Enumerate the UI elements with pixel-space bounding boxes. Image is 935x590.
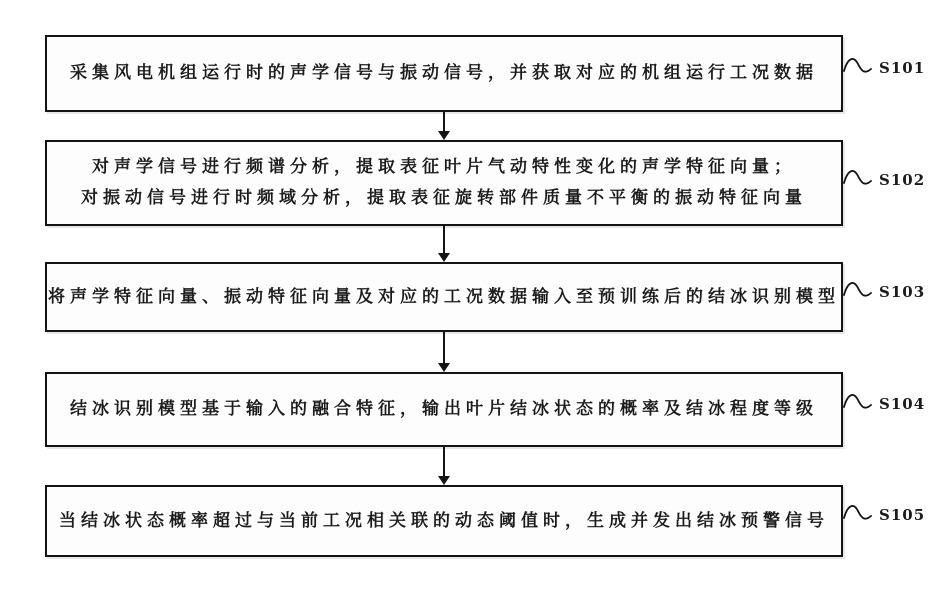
step-reference-label: S104 [879, 395, 925, 413]
arrow-head [438, 363, 450, 372]
wavy-leader-line-icon [843, 278, 875, 306]
wavy-leader-line-icon [843, 54, 875, 82]
arrow-shaft [443, 447, 445, 477]
arrow-head [438, 253, 450, 262]
arrow-shaft [443, 226, 445, 254]
flow-step-box-3: 将声学特征向量、振动特征向量及对应的工况数据输入至预训练后的结冰识别模型 [45, 262, 843, 332]
wavy-leader-line-icon [843, 501, 875, 529]
arrow-shaft [443, 112, 445, 132]
flow-step-text: 对振动信号进行时频域分析，提取表征旋转部件质量不平衡的振动特征向量 [81, 183, 807, 214]
flow-step-box-2: 对声学信号进行频谱分析，提取表征叶片气动特性变化的声学特征向量； 对振动信号进行… [45, 140, 843, 226]
step-reference-label: S101 [879, 59, 925, 77]
step-reference-label: S105 [879, 506, 925, 524]
flow-step-text: 结冰识别模型基于输入的融合特征，输出叶片结冰状态的概率及结冰程度等级 [70, 394, 818, 425]
step-reference-2: S102 [843, 165, 925, 195]
arrow-head [438, 476, 450, 485]
arrow-head [438, 131, 450, 140]
down-arrow-icon [437, 332, 451, 372]
step-reference-label: S103 [879, 283, 925, 301]
flow-step-box-5: 当结冰状态概率超过与当前工况相关联的动态阈值时，生成并发出结冰预警信号 [45, 485, 843, 557]
wavy-leader-line-icon [843, 166, 875, 194]
flow-step-text: 将声学特征向量、振动特征向量及对应的工况数据输入至预训练后的结冰识别模型 [48, 282, 840, 313]
step-reference-3: S103 [843, 277, 925, 307]
flow-step-box-1: 采集风电机组运行时的声学信号与振动信号，并获取对应的机组运行工况数据 [45, 35, 843, 112]
step-reference-5: S105 [843, 500, 925, 530]
flow-step-box-4: 结冰识别模型基于输入的融合特征，输出叶片结冰状态的概率及结冰程度等级 [45, 372, 843, 447]
flow-step-text: 当结冰状态概率超过与当前工况相关联的动态阈值时，生成并发出结冰预警信号 [59, 506, 829, 537]
wavy-leader-line-icon [843, 390, 875, 418]
step-reference-1: S101 [843, 53, 925, 83]
arrow-shaft [443, 332, 445, 364]
step-reference-label: S102 [879, 171, 925, 189]
flow-step-text: 采集风电机组运行时的声学信号与振动信号，并获取对应的机组运行工况数据 [70, 58, 818, 89]
step-reference-4: S104 [843, 389, 925, 419]
down-arrow-icon [437, 226, 451, 262]
down-arrow-icon [437, 447, 451, 485]
flow-step-text: 对声学信号进行频谱分析，提取表征叶片气动特性变化的声学特征向量； [92, 152, 796, 183]
down-arrow-icon [437, 112, 451, 140]
flowchart-canvas: 采集风电机组运行时的声学信号与振动信号，并获取对应的机组运行工况数据 S101 … [0, 0, 935, 590]
